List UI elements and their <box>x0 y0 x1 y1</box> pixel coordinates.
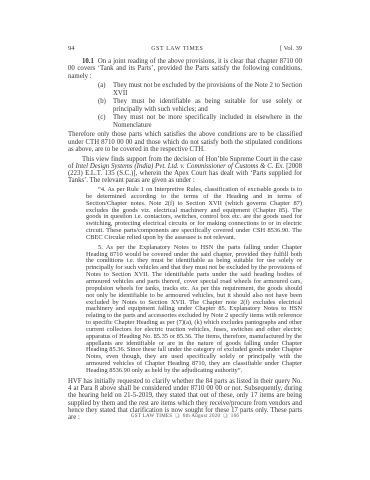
list-item-text: They must not be excluded by the provisi… <box>113 82 302 96</box>
page-header: 94 GST LAW TIMES [ Vol. 39 <box>68 45 302 53</box>
paragraph-number: 10.1 <box>82 58 94 65</box>
page-footer: GST LAW TIMES❏6th August 2020❏166 <box>68 413 302 419</box>
text-column: 94 GST LAW TIMES [ Vol. 39 10.1 On a joi… <box>68 45 302 424</box>
paragraph-10-1: 10.1 On a joint reading of the above pro… <box>68 58 302 80</box>
conditions-list: (a) They must not be excluded by the pro… <box>98 82 302 129</box>
paragraph-case-reference: This view finds support from the decisio… <box>68 156 302 185</box>
list-item-label: (c) <box>98 114 106 121</box>
scanned-document-page: 94 GST LAW TIMES [ Vol. 39 10.1 On a joi… <box>0 0 370 480</box>
quoted-paragraph-5: 5. As per the Explanatory Notes to HSN t… <box>86 245 302 375</box>
page-number: 94 <box>68 45 75 52</box>
list-item: (a) They must not be excluded by the pro… <box>98 82 302 97</box>
list-item: (b) They must be identifiable as being s… <box>98 98 302 113</box>
separator-icon: ❏ <box>172 413 182 418</box>
case-name: Intel Design Systems (India) Pvt. Ltd. v… <box>76 163 285 170</box>
list-item-text: They must be identifiable as being suita… <box>113 98 302 112</box>
list-item: (c) They must not be more specifically i… <box>98 114 302 129</box>
footer-journal: GST LAW TIMES <box>131 414 173 419</box>
separator-icon: ❏ <box>220 413 230 418</box>
volume-label: [ Vol. 39 <box>280 45 302 52</box>
paragraph-therefore: Therefore only those parts which satisfi… <box>68 131 302 153</box>
footer-date: 6th August 2020 <box>183 414 221 419</box>
quoted-paragraph-4: “4. As per Rule 1 on Interpretive Rules,… <box>86 187 302 242</box>
list-item-label: (a) <box>98 82 106 89</box>
paragraph-10-1-text: On a joint reading of the above provisio… <box>68 58 302 80</box>
footer-page-number: 166 <box>231 414 239 419</box>
journal-title: GST LAW TIMES <box>151 46 203 53</box>
list-item-label: (b) <box>98 98 106 105</box>
list-item-text: They must not be more specifically inclu… <box>113 114 302 128</box>
